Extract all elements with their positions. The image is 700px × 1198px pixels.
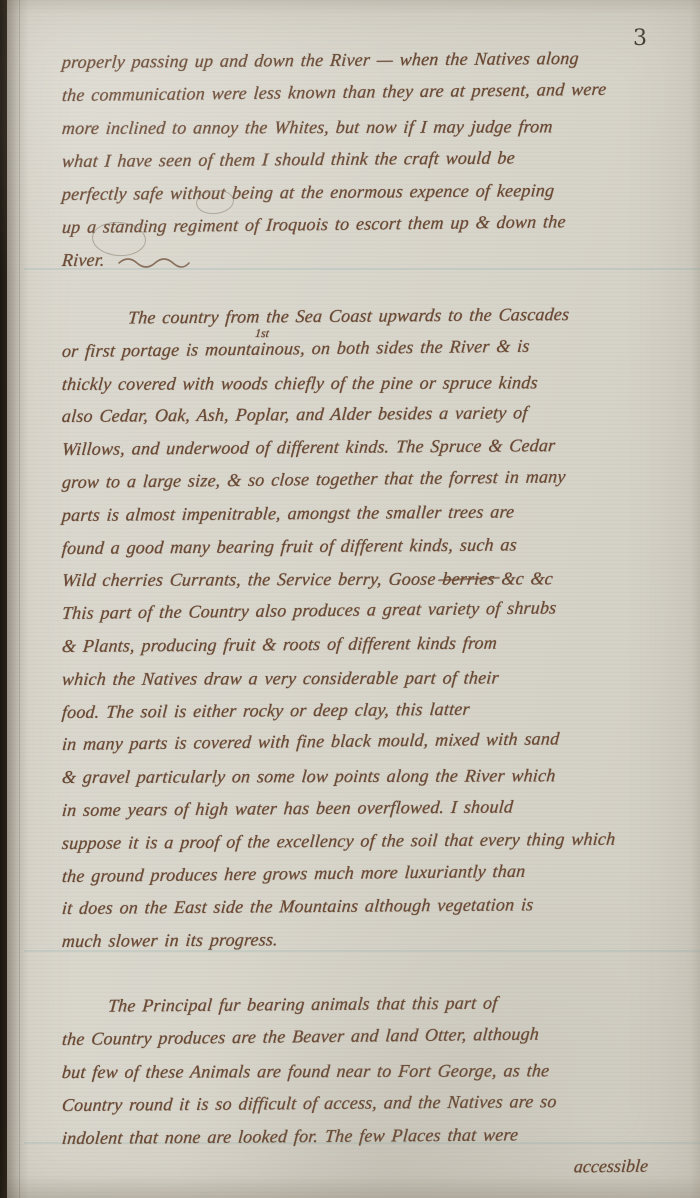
book-binding-edge [0, 0, 7, 1198]
handwritten-line: indolent that none are looked for. The f… [61, 1117, 696, 1155]
paragraph: The country from the Sea Coast upwards t… [62, 302, 694, 958]
handwritten-line: also Cedar, Oak, Ash, Poplar, and Alder … [61, 395, 696, 433]
handwritten-line: it does on the East side the Mountains a… [61, 887, 696, 925]
handwritten-line: but few of these Animals are found near … [61, 1054, 696, 1089]
handwritten-line: more inclined to annoy the Whites, but n… [61, 110, 696, 145]
handwritten-line: in many parts is covered with fine black… [61, 721, 696, 761]
pen-flourish [118, 256, 190, 268]
handwritten-line: or first portage is mountainous, on both… [61, 328, 696, 368]
page-edge-crease [19, 0, 20, 1198]
handwritten-line: the communication were less known than t… [61, 72, 696, 112]
interlinear-insertion: 1st [254, 326, 270, 341]
handwritten-line: the Country produces are the Beaver and … [61, 1016, 696, 1056]
handwritten-line: This part of the Country also produces a… [61, 590, 696, 630]
handwritten-line: grow to a large size, & so close togethe… [61, 459, 696, 499]
paragraph: properly passing up and down the River —… [62, 46, 694, 277]
handwritten-line: & gravel particularly on some low points… [61, 759, 696, 794]
handwritten-line: parts is almost impenitrable, amongst th… [61, 494, 696, 532]
gutter-shadow [7, 0, 29, 1198]
handwritten-line: the ground produces here grows much more… [61, 852, 696, 892]
handwritten-line: found a good many bearing fruit of diffe… [61, 527, 696, 565]
manuscript-page: 3 properly passing up and down the River… [0, 0, 700, 1198]
handwritten-line: & Plants, producing fruit & roots of dif… [61, 625, 696, 663]
catchword: accessible [573, 1156, 649, 1178]
handwritten-line: in some years of high water has been ove… [61, 789, 696, 827]
handwritten-line: what I have seen of them I should think … [61, 140, 696, 178]
paragraph: The Principal fur bearing animals that t… [62, 990, 694, 1155]
handwritten-line: much slower in its progress. [61, 920, 696, 958]
handwritten-line: Country round it is so difficult of acce… [61, 1084, 696, 1122]
handwritten-line: up a standing regiment of Iroquois to es… [61, 204, 696, 244]
handwritten-line: which the Natives draw a very considerab… [61, 661, 696, 696]
